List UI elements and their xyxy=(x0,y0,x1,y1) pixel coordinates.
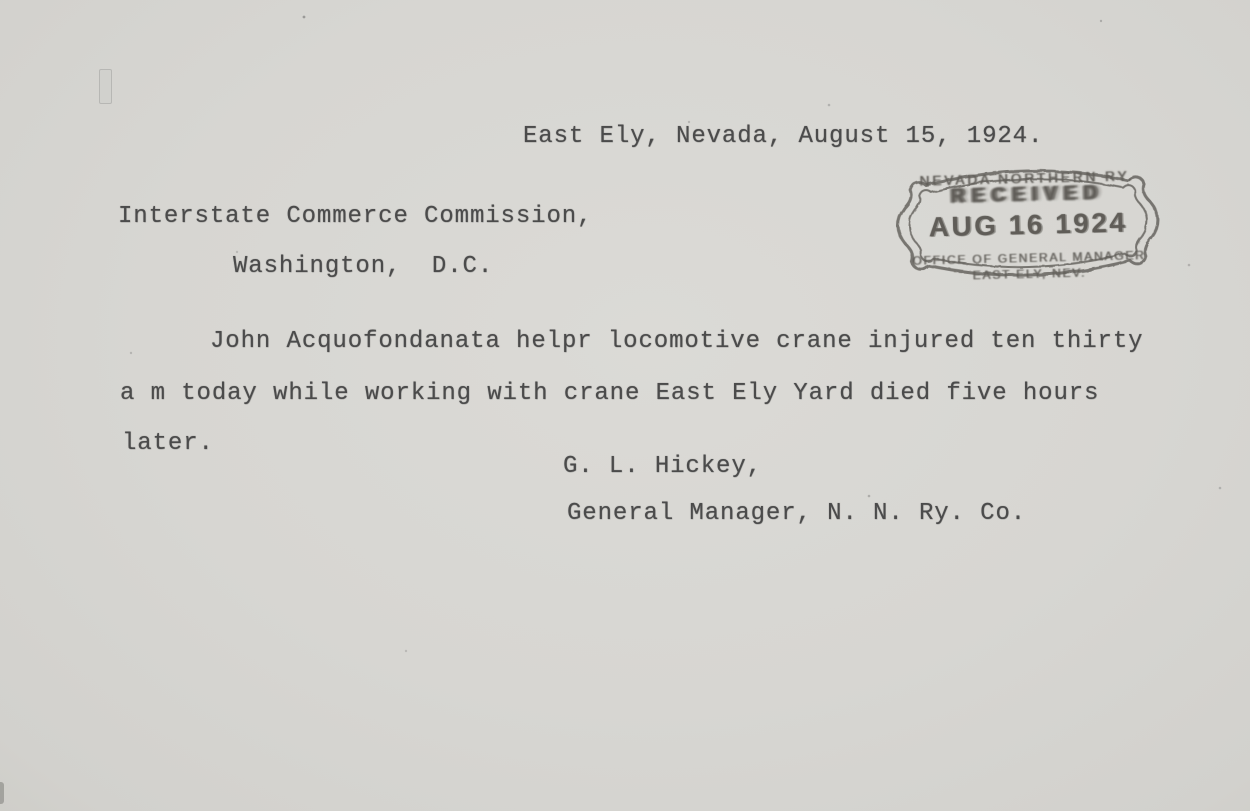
signature-title: General Manager, N. N. Ry. Co. xyxy=(567,501,1026,527)
scan-edge-mark xyxy=(0,782,4,804)
stamp-date: AUG 16 1924 xyxy=(891,206,1166,245)
received-stamp: NEVADA NORTHERN RY. RECEIVED AUG 16 1924… xyxy=(889,152,1166,297)
paper-specks xyxy=(0,0,2,2)
body-line-1: John Acquofondanata helpr locomotive cra… xyxy=(210,329,1143,355)
paper-artifact-mark xyxy=(99,69,112,104)
scanned-letter-page: East Ely, Nevada, August 15, 1924. Inter… xyxy=(0,0,1250,811)
body-line-2: a m today while working with crane East … xyxy=(120,381,1099,407)
recipient-name: Interstate Commerce Commission, xyxy=(118,204,592,230)
body-line-3: later. xyxy=(122,431,214,457)
signature-name: G. L. Hickey, xyxy=(563,454,762,480)
recipient-city: Washington, D.C. xyxy=(233,254,493,280)
dateline: East Ely, Nevada, August 15, 1924. xyxy=(523,124,1043,150)
